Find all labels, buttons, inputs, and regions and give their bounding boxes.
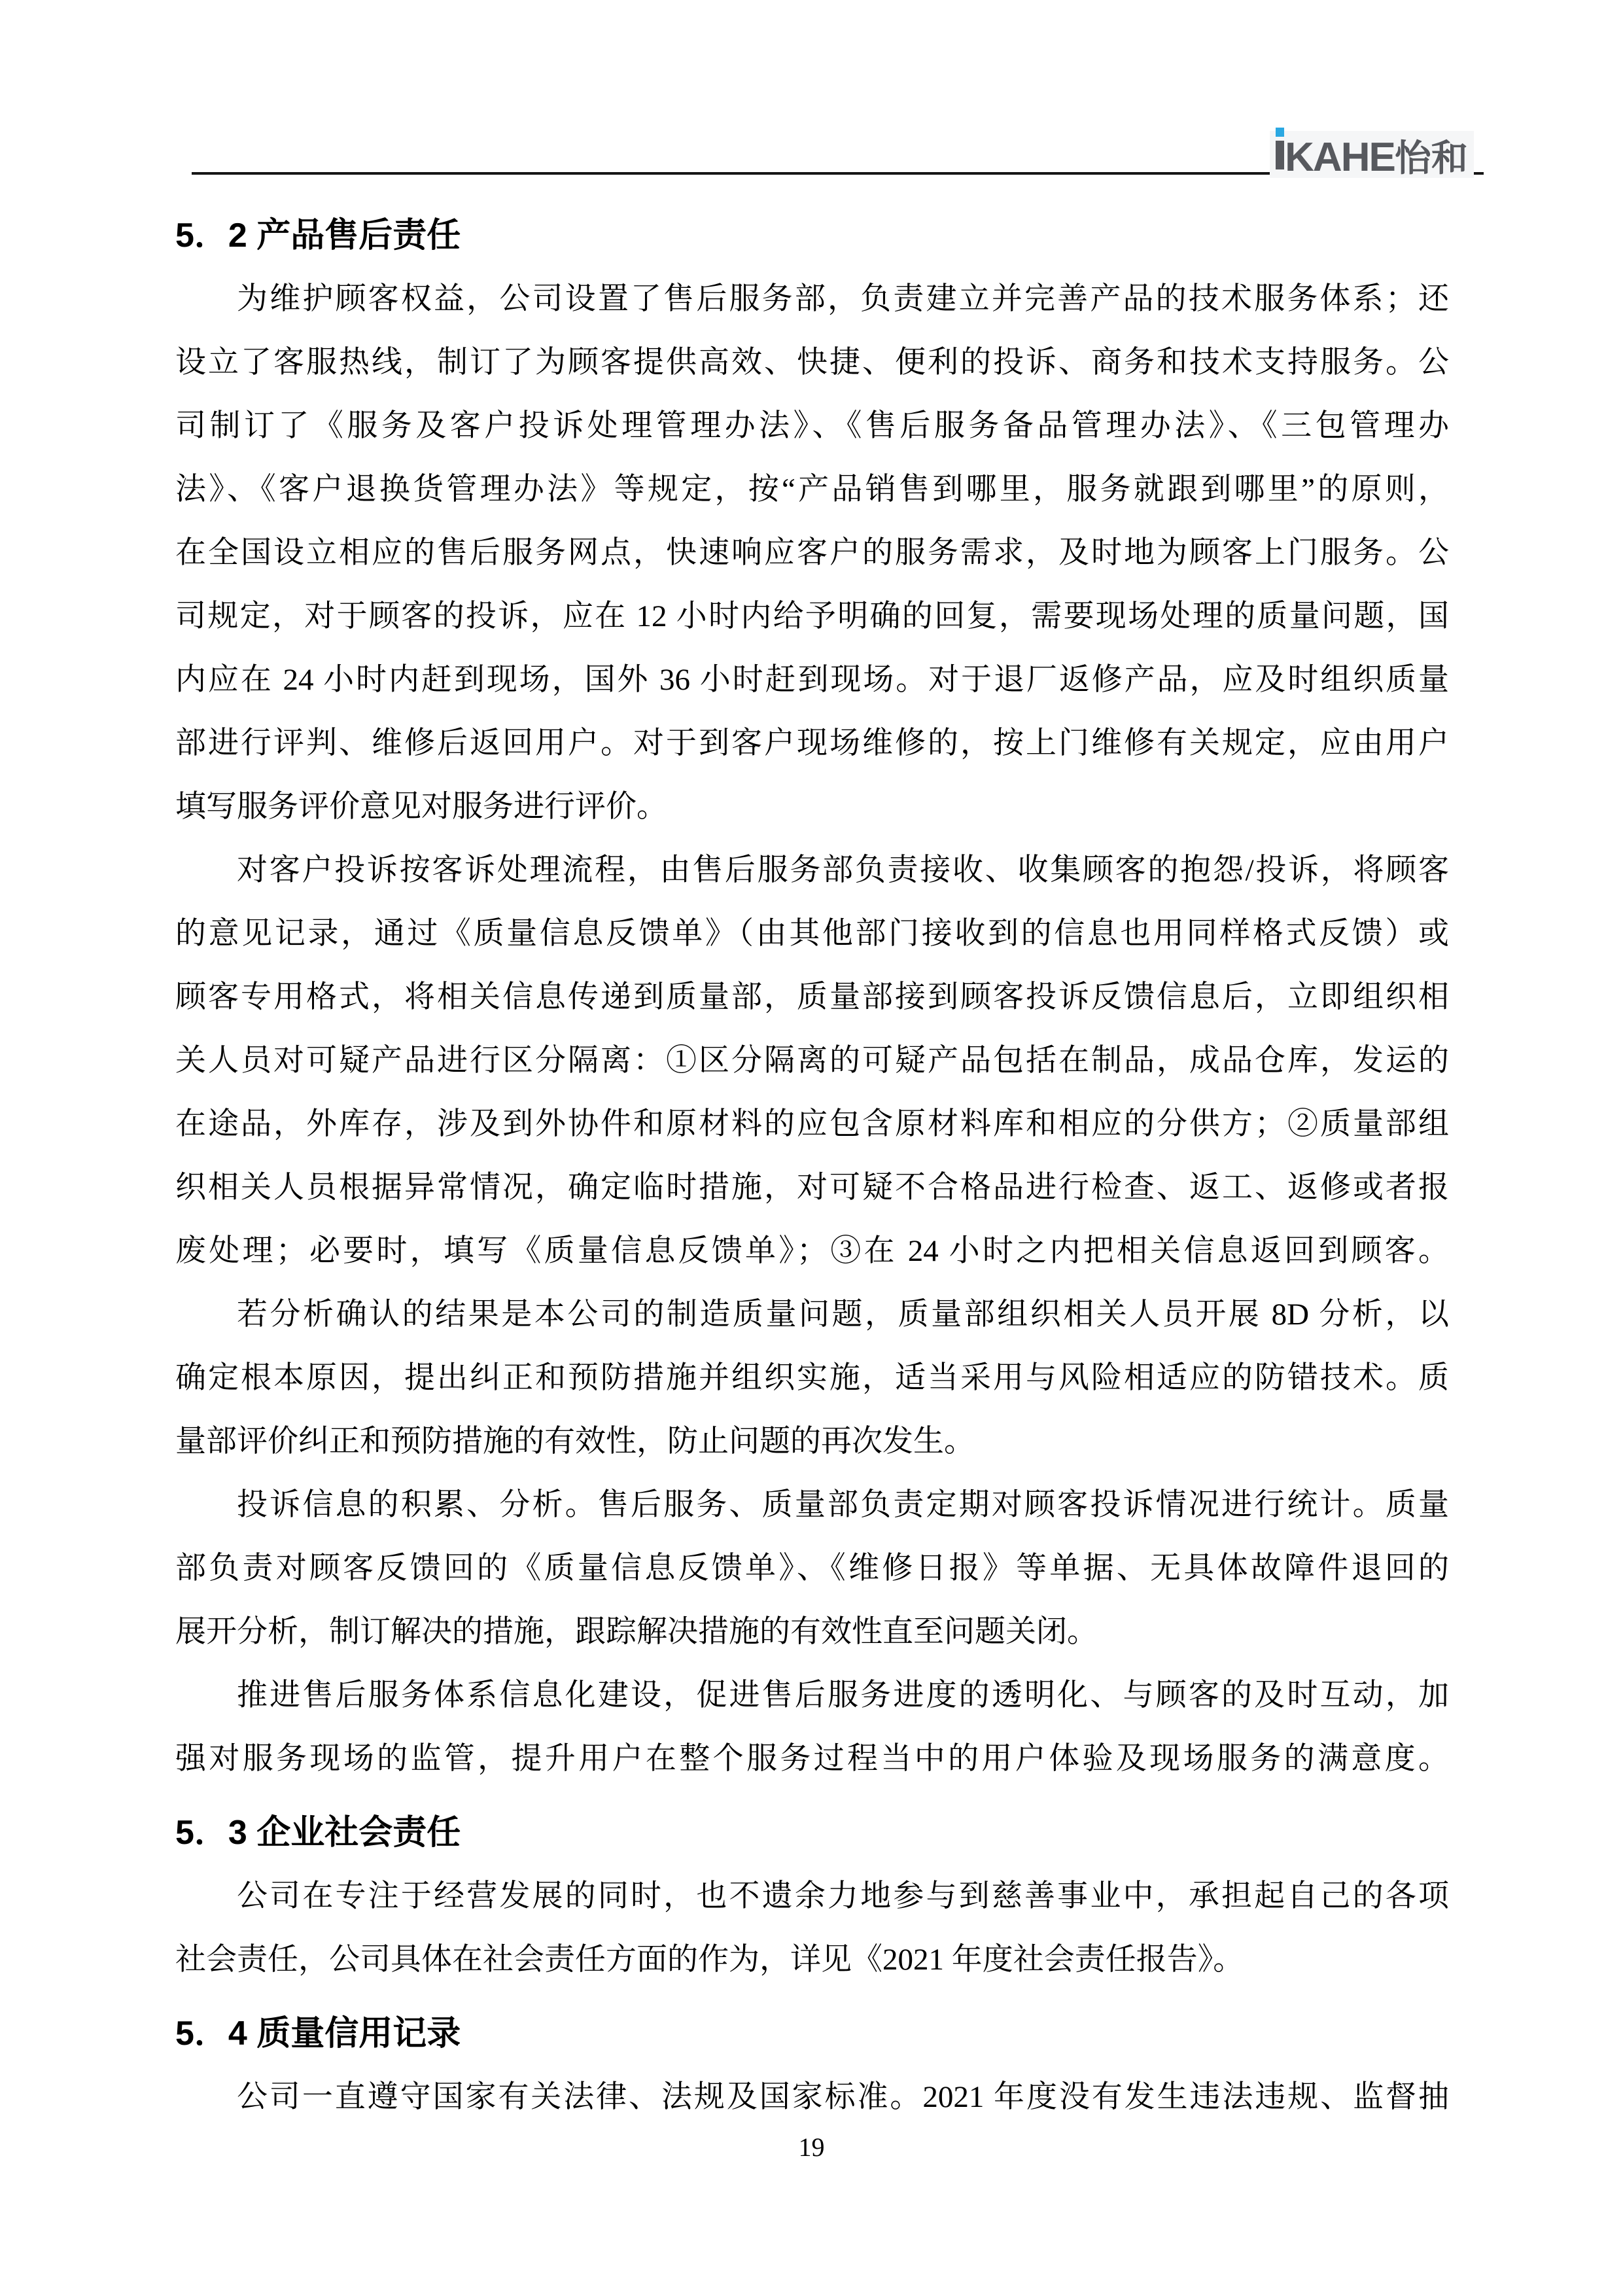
document-body: 5．2 产品售后责任为维护顾客权益，公司设置了售后服务部，负责建立并完善产品的技… bbox=[175, 204, 1449, 2129]
logo-i-stem bbox=[1276, 141, 1284, 169]
paragraph-line: 废处理；必要时，填写《质量信息反馈单》；③在 24 小时之内把相关信息返回到顾客… bbox=[175, 1220, 1449, 1283]
paragraph-line: 社会责任，公司具体在社会责任方面的作为，详见《2021 年度社会责任报告》。 bbox=[175, 1928, 1449, 1992]
paragraph-line: 量部评价纠正和预防措施的有效性，防止问题的再次发生。 bbox=[175, 1410, 1449, 1474]
paragraph: 对客户投诉按客诉处理流程，由售后服务部负责接收、收集顾客的抱怨/投诉，将顾客的意… bbox=[175, 839, 1449, 1283]
paragraph-line: 为维护顾客权益，公司设置了售后服务部，负责建立并完善产品的技术服务体系；还 bbox=[175, 268, 1449, 331]
paragraph-line: 关人员对可疑产品进行区分隔离：①区分隔离的可疑产品包括在制品，成品仓库，发运的 bbox=[175, 1029, 1449, 1093]
logo-i-dot bbox=[1276, 128, 1284, 137]
paragraph-line: 在途品，外库存，涉及到外协件和原材料的应包含原材料库和相应的分供方；②质量部组 bbox=[175, 1093, 1449, 1156]
paragraph: 公司在专注于经营发展的同时，也不遗余力地参与到慈善事业中，承担起自己的各项社会责… bbox=[175, 1865, 1449, 1992]
paragraph-line: 推进售后服务体系信息化建设，促进售后服务进度的透明化、与顾客的及时互动，加 bbox=[175, 1664, 1449, 1727]
paragraph: 推进售后服务体系信息化建设，促进售后服务进度的透明化、与顾客的及时互动，加强对服… bbox=[175, 1664, 1449, 1791]
paragraph-line: 顾客专用格式，将相关信息传递到质量部，质量部接到顾客投诉反馈信息后，立即组织相 bbox=[175, 966, 1449, 1029]
paragraph-line: 若分析确认的结果是本公司的制造质量问题，质量部组织相关人员开展 8D 分析，以 bbox=[175, 1283, 1449, 1347]
logo-i-icon bbox=[1276, 128, 1284, 169]
paragraph: 投诉信息的积累、分析。售后服务、质量部负责定期对顾客投诉情况进行统计。质量部负责… bbox=[175, 1474, 1449, 1664]
paragraph: 公司一直遵守国家有关法律、法规及国家标准。2021 年度没有发生违法违规、监督抽 bbox=[175, 2066, 1449, 2129]
section-heading: 5．4 质量信用记录 bbox=[175, 2002, 1449, 2066]
section-heading: 5．3 企业社会责任 bbox=[175, 1801, 1449, 1865]
paragraph-line: 织相关人员根据异常情况，确定临时措施，对可疑不合格品进行检查、返工、返修或者报 bbox=[175, 1156, 1449, 1220]
paragraph-line: 的意见记录，通过《质量信息反馈单》（由其他部门接收到的信息也用同样格式反馈）或 bbox=[175, 902, 1449, 966]
paragraph-line: 部进行评判、维修后返回用户。对于到客户现场维修的，按上门维修有关规定，应由用户 bbox=[175, 712, 1449, 775]
paragraph-line: 投诉信息的积累、分析。售后服务、质量部负责定期对顾客投诉情况进行统计。质量 bbox=[175, 1474, 1449, 1537]
logo-latin-text: KAHE bbox=[1285, 137, 1395, 178]
paragraph-line: 展开分析，制订解决的措施，跟踪解决措施的有效性直至问题关闭。 bbox=[175, 1600, 1449, 1664]
paragraph-line: 部负责对顾客反馈回的《质量信息反馈单》、《维修日报》等单据、无具体故障件退回的 bbox=[175, 1537, 1449, 1600]
paragraph-line: 确定根本原因，提出纠正和预防措施并组织实施，适当采用与风险相适应的防错技术。质 bbox=[175, 1347, 1449, 1410]
section-heading: 5．2 产品售后责任 bbox=[175, 204, 1449, 268]
paragraph-line: 公司在专注于经营发展的同时，也不遗余力地参与到慈善事业中，承担起自己的各项 bbox=[175, 1865, 1449, 1928]
paragraph-line: 设立了客服热线，制订了为顾客提供高效、快捷、便利的投诉、商务和技术支持服务。公 bbox=[175, 331, 1449, 395]
paragraph-line: 填写服务评价意见对服务进行评价。 bbox=[175, 775, 1449, 839]
paragraph-line: 在全国设立相应的售后服务网点，快速响应客户的服务需求，及时地为顾客上门服务。公 bbox=[175, 521, 1449, 585]
document-page: KAHE 怡和 5．2 产品售后责任为维护顾客权益，公司设置了售后服务部，负责建… bbox=[0, 0, 1623, 2296]
paragraph-line: 司制订了《服务及客户投诉处理管理办法》、《售后服务备品管理办法》、《三包管理办 bbox=[175, 395, 1449, 458]
paragraph: 若分析确认的结果是本公司的制造质量问题，质量部组织相关人员开展 8D 分析，以确… bbox=[175, 1283, 1449, 1474]
paragraph-line: 内应在 24 小时内赶到现场，国外 36 小时赶到现场。对于退厂返修产品，应及时… bbox=[175, 648, 1449, 712]
paragraph: 为维护顾客权益，公司设置了售后服务部，负责建立并完善产品的技术服务体系；还设立了… bbox=[175, 268, 1449, 839]
logo-cjk-text: 怡和 bbox=[1395, 140, 1468, 177]
paragraph-line: 强对服务现场的监管，提升用户在整个服务过程当中的用户体验及现场服务的满意度。 bbox=[175, 1727, 1449, 1791]
paragraph-line: 对客户投诉按客诉处理流程，由售后服务部负责接收、收集顾客的抱怨/投诉，将顾客 bbox=[175, 839, 1449, 902]
paragraph-line: 公司一直遵守国家有关法律、法规及国家标准。2021 年度没有发生违法违规、监督抽 bbox=[175, 2066, 1449, 2129]
paragraph-line: 司规定，对于顾客的投诉，应在 12 小时内给予明确的回复，需要现场处理的质量问题… bbox=[175, 585, 1449, 648]
company-logo: KAHE 怡和 bbox=[1270, 131, 1474, 178]
paragraph-line: 法》、《客户退换货管理办法》等规定，按“产品销售到哪里，服务就跟到哪里”的原则， bbox=[175, 458, 1449, 521]
page-number: 19 bbox=[0, 2128, 1623, 2167]
